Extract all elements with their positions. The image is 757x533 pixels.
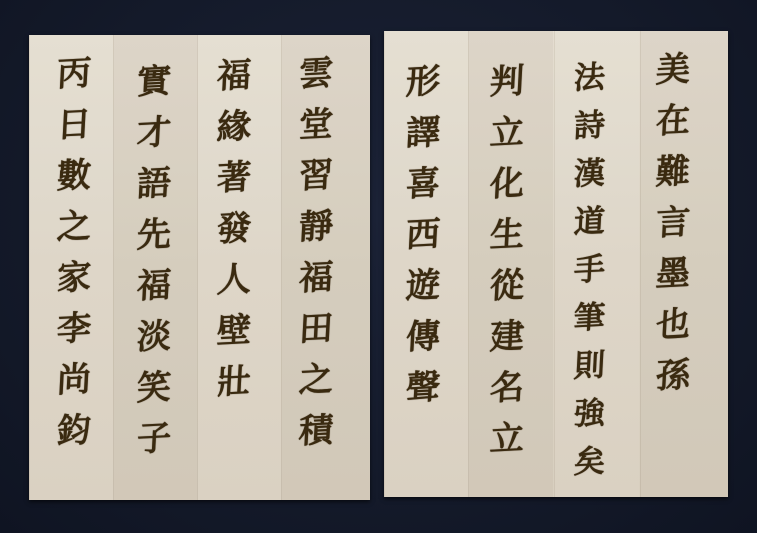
calligraphy-column-1: 雲 堂 習 靜 福 田 之 積 — [299, 57, 333, 465]
calligraphy-char: 言 — [655, 205, 691, 241]
calligraphy-char: 福 — [136, 268, 172, 304]
calligraphy-char: 才 — [136, 115, 172, 151]
calligraphy-char: 田 — [298, 311, 334, 347]
calligraphy-char: 西 — [405, 217, 441, 253]
calligraphy-char: 也 — [655, 307, 691, 343]
calligraphy-char: 之 — [56, 209, 92, 245]
calligraphy-char: 丙 — [56, 56, 92, 92]
calligraphy-char: 判 — [489, 64, 525, 100]
calligraphy-char: 數 — [56, 158, 92, 194]
calligraphy-char: 生 — [489, 217, 525, 253]
calligraphy-char: 建 — [489, 319, 525, 355]
calligraphy-char: 福 — [298, 260, 334, 296]
calligraphy-char: 傳 — [405, 319, 441, 355]
calligraphy-char: 則 — [573, 350, 606, 383]
calligraphy-column-3: 判 立 化 生 從 建 名 立 — [490, 65, 524, 473]
calligraphy-char: 習 — [298, 158, 334, 194]
calligraphy-char: 家 — [56, 260, 92, 296]
calligraphy-char: 積 — [298, 413, 334, 449]
calligraphy-char: 發 — [216, 211, 252, 247]
calligraphy-char: 壁 — [216, 313, 252, 349]
calligraphy-char: 矣 — [573, 446, 606, 479]
calligraphy-char: 人 — [216, 262, 252, 298]
calligraphy-char: 形 — [405, 64, 441, 100]
calligraphy-char: 先 — [136, 217, 172, 253]
calligraphy-char: 雲 — [298, 56, 334, 92]
calligraphy-char: 譯 — [405, 115, 441, 151]
calligraphy-char: 聲 — [405, 370, 441, 406]
calligraphy-char: 難 — [655, 154, 691, 190]
calligraphy-char: 遊 — [405, 268, 441, 304]
calligraphy-char: 從 — [489, 268, 525, 304]
calligraphy-char: 李 — [56, 311, 92, 347]
calligraphy-char: 強 — [573, 398, 606, 431]
calligraphy-column-2: 法 詩 漢 道 手 筆 則 強 矣 — [574, 63, 605, 495]
calligraphy-char: 淡 — [136, 319, 172, 355]
calligraphy-char: 鈞 — [56, 413, 92, 449]
calligraphy-char: 福 — [216, 58, 252, 94]
calligraphy-char: 筆 — [573, 302, 606, 335]
calligraphy-char: 之 — [298, 362, 334, 398]
calligraphy-column-4: 丙 日 數 之 家 李 尚 鈞 — [57, 57, 91, 465]
calligraphy-char: 實 — [136, 64, 172, 100]
calligraphy-char: 道 — [573, 206, 606, 239]
calligraphy-char: 手 — [573, 254, 606, 287]
calligraphy-char: 立 — [489, 421, 525, 457]
calligraphy-char: 孫 — [655, 358, 691, 394]
calligraphy-char: 靜 — [298, 209, 334, 245]
calligraphy-column-4: 形 譯 喜 西 遊 傳 聲 — [406, 65, 440, 422]
calligraphy-char: 堂 — [298, 107, 334, 143]
calligraphy-char: 日 — [56, 107, 92, 143]
calligraphy-char: 漢 — [573, 158, 606, 191]
calligraphy-char: 立 — [489, 115, 525, 151]
calligraphy-char: 壯 — [216, 364, 252, 400]
calligraphy-char: 著 — [216, 160, 252, 196]
calligraphy-char: 法 — [573, 62, 606, 95]
calligraphy-char: 名 — [489, 370, 525, 406]
calligraphy-sheet-left: 雲 堂 習 靜 福 田 之 積 福 緣 著 發 人 壁 壯 實 才 語 先 福 … — [29, 35, 370, 500]
calligraphy-column-2: 福 緣 著 發 人 壁 壯 — [217, 59, 251, 416]
calligraphy-char: 子 — [136, 421, 172, 457]
calligraphy-char: 詩 — [573, 110, 606, 143]
calligraphy-char: 語 — [136, 166, 172, 202]
calligraphy-char: 喜 — [405, 166, 441, 202]
calligraphy-column-1: 美 在 難 言 墨 也 孫 — [656, 53, 690, 410]
calligraphy-column-3: 實 才 語 先 福 淡 笑 子 — [137, 65, 171, 473]
calligraphy-char: 墨 — [655, 256, 691, 292]
calligraphy-char: 化 — [489, 166, 525, 202]
calligraphy-char: 緣 — [216, 109, 252, 145]
calligraphy-sheet-right: 美 在 難 言 墨 也 孫 法 詩 漢 道 手 筆 則 強 矣 判 立 化 生 … — [384, 31, 728, 497]
calligraphy-char: 美 — [655, 52, 691, 88]
calligraphy-char: 笑 — [136, 370, 172, 406]
calligraphy-char: 在 — [655, 103, 691, 139]
calligraphy-char: 尚 — [56, 362, 92, 398]
